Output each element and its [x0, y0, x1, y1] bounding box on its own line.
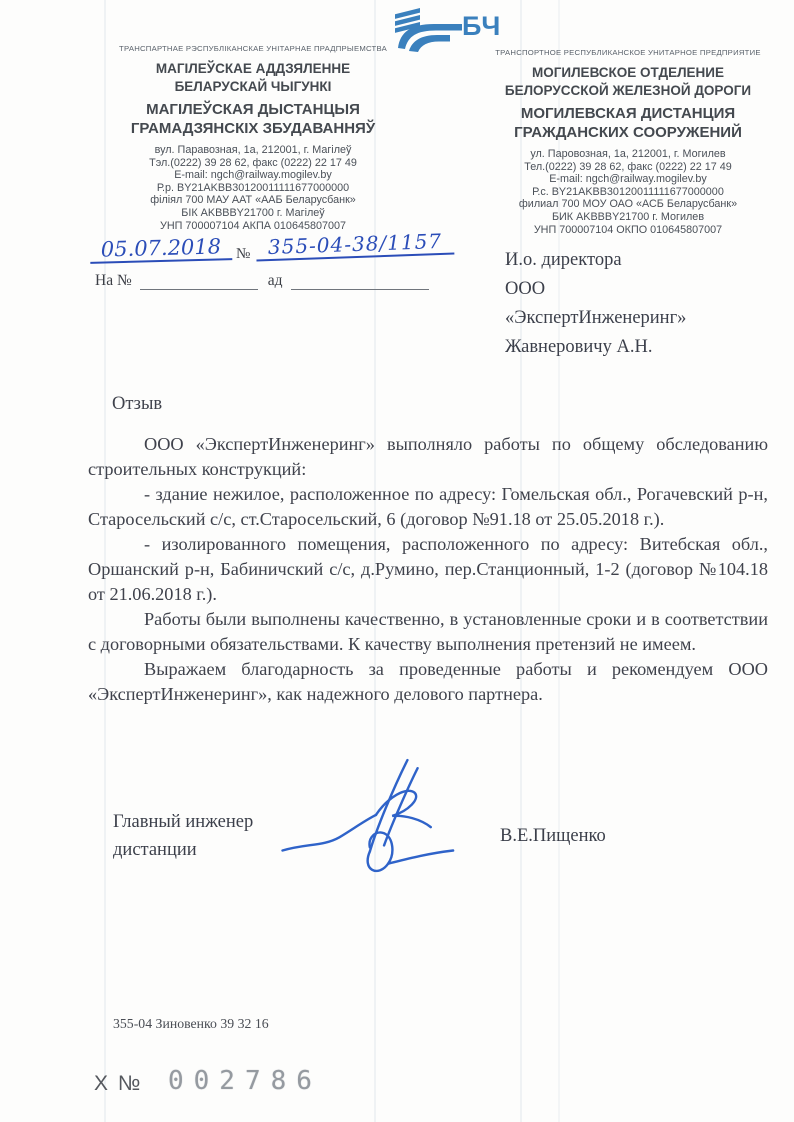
recipient-block: И.о. директораООО«ЭкспертИнженеринг»Жавн…: [505, 246, 686, 362]
address-line: Тел.(0222) 39 28 62, факс (0222) 22 17 4…: [464, 161, 792, 174]
header-left: ТРАНСПАРТНАЕ РЭСПУБЛІКАНСКАЕ УНІТАРНАЕ П…: [86, 44, 420, 232]
reply-number-blank: [140, 273, 258, 290]
org-name: МАГІЛЕЎСКАЕ АДДЗЯЛЕННЕ БЕЛАРУСКАЙ ЧЫГУНК…: [86, 60, 420, 96]
address-line: БІК AKBBBY21700 г. Магілеў: [86, 207, 420, 220]
unit-name: МАГІЛЕЎСКАЯ ДЫСТАНЦЫЯ ГРАМАДЗЯНСКІХ ЗБУД…: [86, 100, 420, 138]
address-line: вул. Паравозная, 1а, 212001, г. Магілеў: [86, 144, 420, 157]
recipient-line: ООО: [505, 275, 686, 304]
stamp-number: 002786: [168, 1066, 322, 1096]
address-line: БИК AKBBBY21700 г. Могилев: [464, 211, 792, 224]
reply-label: На №: [95, 272, 132, 289]
address-line: Р.с. BY21AKBB30120011111677000000: [464, 186, 792, 199]
header-right: ТРАНСПОРТНОЕ РЕСПУБЛИКАНСКОЕ УНИТАРНОЕ П…: [464, 48, 792, 236]
body-paragraph: Выражаем благодарность за проведенные ра…: [88, 657, 768, 707]
body-paragraph: Работы были выполнены качественно, в уст…: [88, 607, 768, 657]
address-line: Р.р. BY21AKBB30120011111677000000: [86, 182, 420, 195]
address-line: E-mail: ngch@railway.mogilev.by: [86, 169, 420, 182]
org-tagline: ТРАНСПАРТНАЕ РЭСПУБЛІКАНСКАЕ УНІТАРНАЕ П…: [86, 44, 420, 53]
body-paragraph: - здание нежилое, расположенное по адрес…: [88, 482, 768, 532]
letter-title: Отзыв: [112, 394, 162, 415]
recipient-line: И.о. директора: [505, 246, 686, 275]
letter-body: ООО «ЭкспертИнженеринг» выполняло работы…: [88, 432, 768, 707]
address-block: вул. Паравозная, 1а, 212001, г. МагілеўТ…: [86, 144, 420, 232]
address-line: УНП 700007104 АКПА 010645807007: [86, 220, 420, 233]
address-block: ул. Паровозная, 1а, 212001, г. МогилевТе…: [464, 148, 792, 236]
reply-ad-label: ад: [268, 272, 283, 289]
address-line: ул. Паровозная, 1а, 212001, г. Могилев: [464, 148, 792, 161]
body-paragraph: - изолированного помещения, расположенно…: [88, 532, 768, 607]
reply-date-blank: [291, 273, 429, 290]
date-handwritten: 05.07.2018: [90, 234, 233, 264]
address-line: филиал 700 МОУ ОАО «АСБ Беларусбанк»: [464, 198, 792, 211]
address-line: E-mail: ngch@railway.mogilev.by: [464, 173, 792, 186]
org-name: МОГИЛЕВСКОЕ ОТДЕЛЕНИЕ БЕЛОРУССКОЙ ЖЕЛЕЗН…: [464, 64, 792, 100]
letter-page: БЧ ТРАНСПАРТНАЕ РЭСПУБЛІКАНСКАЕ УНІТАРНА…: [0, 0, 794, 1122]
org-tagline: ТРАНСПОРТНОЕ РЕСПУБЛИКАНСКОЕ УНИТАРНОЕ П…: [464, 48, 792, 57]
address-line: УНП 700007104 ОКПО 010645807007: [464, 224, 792, 237]
logo-text: БЧ: [462, 11, 501, 42]
reply-reference-row: На №ад: [95, 272, 429, 290]
outgoing-number-handwritten: 355-04-38/1157: [256, 229, 455, 262]
address-line: Тэл.(0222) 39 28 62, факс (0222) 22 17 4…: [86, 157, 420, 170]
recipient-line: Жавнеровичу А.Н.: [505, 333, 686, 362]
executor-note: 355-04 Зиновенко 39 32 16: [113, 1016, 269, 1032]
number-sign-label: №: [236, 246, 250, 263]
signature-scribble-icon: [278, 752, 482, 884]
unit-name: МОГИЛЕВСКАЯ ДИСТАНЦИЯ ГРАЖДАНСКИХ СООРУЖ…: [464, 104, 792, 142]
signer-title: Главный инженер дистанции: [113, 808, 253, 864]
body-paragraph: ООО «ЭкспертИнженеринг» выполняло работы…: [88, 432, 768, 482]
address-line: філіял 700 МАУ ААТ «ААБ Беларусбанк»: [86, 194, 420, 207]
recipient-line: «ЭкспертИнженеринг»: [505, 304, 686, 333]
stamp-prefix: Х №: [94, 1072, 142, 1096]
signer-name: В.Е.Пищенко: [500, 826, 606, 847]
